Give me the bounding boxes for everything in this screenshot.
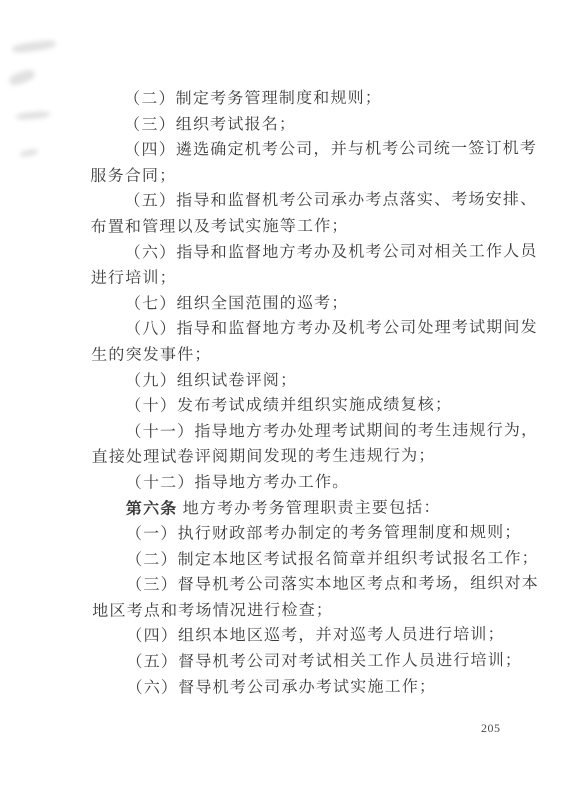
scan-artifact	[16, 111, 50, 121]
clause-line: （六）督导机考公司承办考试实施工作；	[93, 674, 485, 701]
clause-line: （二）制定考务管理制度和规则；	[90, 85, 482, 112]
clause-line-cont: 直接处理试卷评阅期间发现的考生违规行为；	[92, 444, 484, 471]
clause-line: （二）制定本地区考试报名简章并组织考试报名工作；	[92, 546, 484, 573]
clause-line-cont: 布置和管理以及考试实施等工作；	[91, 213, 483, 240]
article-number: 第六条	[126, 500, 178, 517]
clause-line: （一）执行财政部考办制定的考务管理制度和规则；	[92, 520, 484, 547]
clause-line: （四）遴选确定机考公司，并与机考公司统一签订机考	[90, 136, 482, 163]
clause-line: （九）组织试卷评阅；	[91, 367, 483, 394]
clause-line: （五）督导机考公司对考试相关工作人员进行培训；	[92, 648, 484, 675]
clause-line: （七）组织全国范围的巡考；	[91, 290, 483, 317]
article-heading-line: 第六条 地方考办考务管理职责主要包括：	[92, 495, 484, 522]
document-body-text: （二）制定考务管理制度和规则； （三）组织考试报名； （四）遴选确定机考公司，并…	[90, 85, 485, 701]
clause-line: （十一）指导地方考办处理考试期间的考生违规行为，	[91, 418, 483, 445]
clause-line: （十）发布考试成绩并组织实施成绩复核；	[91, 392, 483, 419]
clause-line-cont: 服务合同；	[90, 162, 482, 189]
article-heading-text: 地方考办考务管理职责主要包括：	[177, 499, 440, 517]
clause-line: （十二）指导地方考办工作。	[92, 469, 484, 496]
scanned-document-page: （二）制定考务管理制度和规则； （三）组织考试报名； （四）遴选确定机考公司，并…	[0, 0, 566, 800]
clause-line: （六）指导和监督地方考办及机考公司对相关工作人员	[91, 239, 483, 266]
scan-artifact	[8, 68, 36, 87]
clause-line: （三）督导机考公司落实本地区考点和考场，组织对本	[92, 572, 484, 599]
scan-artifact	[20, 148, 39, 158]
clause-line: （四）组织本地区巡考，并对巡考人员进行培训；	[92, 623, 484, 650]
clause-line-cont: 生的突发事件；	[91, 341, 483, 368]
clause-line-cont: 地区考点和考场情况进行检查；	[92, 597, 484, 624]
page-number: 205	[481, 721, 501, 736]
clause-line-cont: 进行培训；	[91, 264, 483, 291]
clause-line: （三）组织考试报名；	[90, 111, 482, 138]
clause-line: （五）指导和监督机考公司承办考点落实、考场安排、	[90, 188, 482, 215]
scan-artifact	[12, 39, 57, 54]
clause-line: （八）指导和监督地方考办及机考公司处理考试期间发	[91, 316, 483, 343]
